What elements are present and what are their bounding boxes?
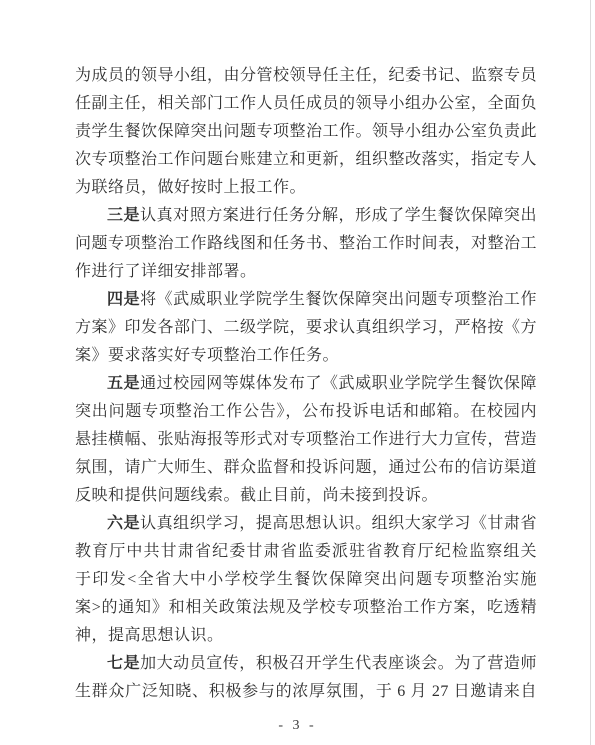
text-line: 次专项整治工作问题台账建立和更新，组织整改落实，指定专人 — [75, 146, 537, 174]
text-line: 突出问题专项整治工作公告》，公布投诉电话和邮箱。在校园内 — [75, 398, 537, 426]
text-line: 案》要求落实好专项整治工作任务。 — [75, 342, 537, 370]
paragraph-item-7: 七是加大动员宣传，积极召开学生代表座谈会。为了营造师 生群众广泛知晓、积极参与的… — [75, 650, 537, 706]
paragraph-item-3: 三是认真对照方案进行任务分解，形成了学生餐饮保障突出 问题专项整治工作路线图和任… — [75, 202, 537, 286]
text-line: 问题专项整治工作路线图和任务书、整治工作时间表，对整治工 — [75, 230, 537, 258]
text-line: 责学生餐饮保障突出问题专项整治工作。领导小组办公室负责此 — [75, 118, 537, 146]
text-line: 神，提高思想认识。 — [75, 622, 537, 650]
scan-edge-line — [590, 0, 591, 745]
paragraph-lead: 七是 — [107, 655, 140, 672]
text-line: 悬挂横幅、张贴海报等形式对专项整治工作进行大力宣传，营造 — [75, 426, 537, 454]
paragraph-first-line: 七是加大动员宣传，积极召开学生代表座谈会。为了营造师 — [75, 650, 537, 678]
paragraph-lead: 五是 — [107, 375, 140, 392]
paragraph-first-line-text: 认真对照方案进行任务分解，形成了学生餐饮保障突出 — [140, 207, 537, 224]
paragraph-first-line: 五是通过校园网等媒体发布了《武威职业学院学生餐饮保障 — [75, 370, 537, 398]
text-line: 氛围，请广大师生、群众监督和投诉问题，通过公布的信访渠道 — [75, 454, 537, 482]
paragraph-first-line-text: 加大动员宣传，积极召开学生代表座谈会。为了营造师 — [140, 655, 537, 672]
text-line: 反映和提供问题线索。截止目前，尚未接到投诉。 — [75, 482, 537, 510]
paragraph-first-line: 六是认真组织学习，提高思想认识。组织大家学习《甘肃省 — [75, 510, 537, 538]
text-line: 教育厅中共甘肃省纪委甘肃省监委派驻省教育厅纪检监察组关 — [75, 538, 537, 566]
text-line: 于印发<全省大中小学校学生餐饮保障突出问题专项整治实施 — [75, 566, 537, 594]
text-line: 方案》印发各部门、二级学院，要求认真组织学习，严格按《方 — [75, 314, 537, 342]
paragraph-first-line-text: 通过校园网等媒体发布了《武威职业学院学生餐饮保障 — [140, 375, 537, 392]
text-line: 为成员的领导小组，由分管校领导任主任，纪委书记、监察专员 — [75, 62, 537, 90]
paragraph-first-line-text: 认真组织学习，提高思想认识。组织大家学习《甘肃省 — [140, 515, 537, 532]
paragraph-continuation: 为成员的领导小组，由分管校领导任主任，纪委书记、监察专员 任副主任，相关部门工作… — [75, 62, 537, 202]
paragraph-first-line-text: 将《武威职业学院学生餐饮保障突出问题专项整治工作 — [140, 291, 537, 308]
text-line: 生群众广泛知晓、积极参与的浓厚氛围，于 6 月 27 日邀请来自 — [75, 678, 537, 706]
text-line: 案>的通知》和相关政策法规及学校专项整治工作方案，吃透精 — [75, 594, 537, 622]
paragraph-lead: 四是 — [107, 291, 140, 308]
text-line: 作进行了详细安排部署。 — [75, 258, 537, 286]
paragraph-item-6: 六是认真组织学习，提高思想认识。组织大家学习《甘肃省 教育厅中共甘肃省纪委甘肃省… — [75, 510, 537, 650]
paragraph-item-4: 四是将《武威职业学院学生餐饮保障突出问题专项整治工作 方案》印发各部门、二级学院… — [75, 286, 537, 370]
paragraph-first-line: 三是认真对照方案进行任务分解，形成了学生餐饮保障突出 — [75, 202, 537, 230]
paragraph-first-line: 四是将《武威职业学院学生餐饮保障突出问题专项整治工作 — [75, 286, 537, 314]
text-line: 任副主任，相关部门工作人员任成员的领导小组办公室，全面负 — [75, 90, 537, 118]
page-number: - 3 - — [0, 718, 595, 734]
paragraph-lead: 三是 — [107, 207, 140, 224]
paragraph-lead: 六是 — [107, 515, 140, 532]
paragraph-item-5: 五是通过校园网等媒体发布了《武威职业学院学生餐饮保障 突出问题专项整治工作公告》… — [75, 370, 537, 510]
text-line: 为联络员，做好按时上报工作。 — [75, 174, 537, 202]
document-body: 为成员的领导小组，由分管校领导任主任，纪委书记、监察专员 任副主任，相关部门工作… — [75, 62, 537, 706]
